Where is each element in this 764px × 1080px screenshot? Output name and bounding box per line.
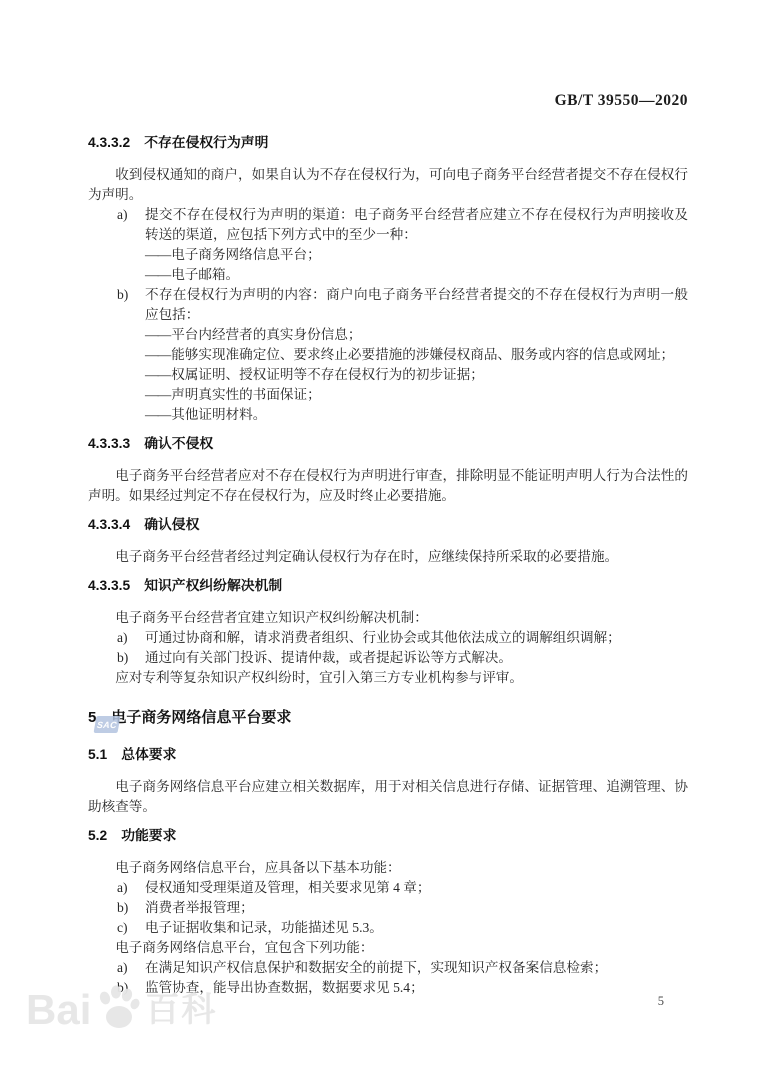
dash-item-text: 电子商务网络信息平台； xyxy=(171,247,321,262)
dash-item-text: 能够实现准确定位、要求终止必要措施的涉嫌侵权商品、服务或内容的信息或网址； xyxy=(171,347,674,362)
list-item: a)提交不存在侵权行为声明的渠道：电子商务平台经营者应建立不存在侵权行为声明接收… xyxy=(88,205,688,245)
page-header: GB/T 39550—2020 xyxy=(88,92,688,110)
dash-item-text: 声明真实性的书面保证； xyxy=(171,387,321,402)
list-item-text: 侵权通知受理渠道及管理，相关要求见第 4 章； xyxy=(145,880,430,895)
section-title: 知识产权纠纷解决机制 xyxy=(144,578,282,593)
list-item-text: 在满足知识产权信息保护和数据安全的前提下，实现知识产权备案信息检索； xyxy=(145,960,607,975)
list-item: c)电子证据收集和记录，功能描述见 5.3。 xyxy=(88,918,688,938)
sac-watermark-label: SAC xyxy=(97,720,118,730)
list-item: b)通过向有关部门投诉、提请仲裁，或者提起诉讼等方式解决。 xyxy=(88,648,688,668)
section-heading: 4.3.3.4确认侵权 xyxy=(88,517,688,533)
list-item-label: b) xyxy=(117,648,128,668)
dash-item-text: 电子邮箱。 xyxy=(171,267,239,282)
list-item-label: a) xyxy=(117,628,128,648)
baidu-logo-text: Bai xyxy=(26,982,91,1038)
section-number: 4.3.3.2 xyxy=(88,135,130,150)
section-number: 4.3.3.3 xyxy=(88,436,130,451)
paragraph: 电子商务平台经营者经过判定确认侵权行为存在时，应继续保持所采取的必要措施。 xyxy=(88,547,688,567)
dash-mark: —— xyxy=(145,327,170,342)
dash-item-text: 权属证明、授权证明等不存在侵权行为的初步证据； xyxy=(171,367,484,382)
list-item: b)消费者举报管理； xyxy=(88,898,688,918)
section-title: 总体要求 xyxy=(121,747,176,762)
paragraph: 电子商务平台经营者应对不存在侵权行为声明进行审查，排除明显不能证明声明人行为合法… xyxy=(88,466,688,506)
list-item-label: a) xyxy=(117,958,128,978)
section-heading: 5.1总体要求 xyxy=(88,747,688,763)
list-item-text: 通过向有关部门投诉、提请仲裁，或者提起诉讼等方式解决。 xyxy=(145,650,512,665)
dash-mark: —— xyxy=(145,407,170,422)
dash-item: ——能够实现准确定位、要求终止必要措施的涉嫌侵权商品、服务或内容的信息或网址； xyxy=(88,345,688,365)
list-item-text: 消费者举报管理； xyxy=(145,900,254,915)
section-number: 5.2 xyxy=(88,828,107,843)
section-title: 功能要求 xyxy=(121,828,176,843)
list-item-label: b) xyxy=(117,898,128,918)
section-heading: 4.3.3.5知识产权纠纷解决机制 xyxy=(88,578,688,594)
section-title: 不存在侵权行为声明 xyxy=(144,135,268,150)
section-heading: 4.3.3.3确认不侵权 xyxy=(88,436,688,452)
section-title: 确认不侵权 xyxy=(144,436,213,451)
dash-mark: —— xyxy=(145,387,170,402)
dash-mark: —— xyxy=(145,367,170,382)
list-item-text: 可通过协商和解，请求消费者组织、行业协会或其他依法成立的调解组织调解； xyxy=(145,630,621,645)
dash-item: ——平台内经营者的真实身份信息； xyxy=(88,325,688,345)
list-item-label: a) xyxy=(117,878,128,898)
list-item-label: a) xyxy=(117,205,128,225)
page-number: 5 xyxy=(658,994,664,1008)
baidu-paw-icon xyxy=(94,984,142,1037)
dash-item-text: 平台内经营者的真实身份信息； xyxy=(171,327,361,342)
sac-watermark: SAC xyxy=(94,716,121,733)
section-number: 5.1 xyxy=(88,747,107,762)
document-page: GB/T 39550—2020 4.3.3.2不存在侵权行为声明收到侵权通知的商… xyxy=(0,0,764,1080)
dash-item: ——声明真实性的书面保证； xyxy=(88,385,688,405)
list-item: a)在满足知识产权信息保护和数据安全的前提下，实现知识产权备案信息检索； xyxy=(88,958,688,978)
dash-item: ——电子邮箱。 xyxy=(88,265,688,285)
dash-item: ——电子商务网络信息平台； xyxy=(88,245,688,265)
list-item-text: 不存在侵权行为声明的内容：商户向电子商务平台经营者提交的不存在侵权行为声明一般应… xyxy=(145,287,688,322)
section-title: 电子商务网络信息平台要求 xyxy=(111,709,291,726)
dash-mark: —— xyxy=(145,347,170,362)
dash-item: ——权属证明、授权证明等不存在侵权行为的初步证据； xyxy=(88,365,688,385)
dash-mark: —— xyxy=(145,267,170,282)
list-item-text: 提交不存在侵权行为声明的渠道：电子商务平台经营者应建立不存在侵权行为声明接收及转… xyxy=(145,207,688,242)
dash-item-text: 其他证明材料。 xyxy=(171,407,266,422)
section-title: 确认侵权 xyxy=(144,517,199,532)
list-item: a)侵权通知受理渠道及管理，相关要求见第 4 章； xyxy=(88,878,688,898)
chapter-heading: 5电子商务网络信息平台要求 xyxy=(88,709,688,727)
list-item: a)可通过协商和解，请求消费者组织、行业协会或其他依法成立的调解组织调解； xyxy=(88,628,688,648)
list-item: b)不存在侵权行为声明的内容：商户向电子商务平台经营者提交的不存在侵权行为声明一… xyxy=(88,285,688,325)
paragraph: 应对专利等复杂知识产权纠纷时，宜引入第三方专业机构参与评审。 xyxy=(88,668,688,688)
paragraph: 电子商务网络信息平台，应具备以下基本功能： xyxy=(88,858,688,878)
section-number: 4.3.3.4 xyxy=(88,517,130,532)
paragraph: 收到侵权通知的商户，如果自认为不存在侵权行为，可向电子商务平台经营者提交不存在侵… xyxy=(88,165,688,205)
section-number: 4.3.3.5 xyxy=(88,578,130,593)
list-item-label: c) xyxy=(117,918,128,938)
dash-mark: —— xyxy=(145,247,170,262)
dash-item: ——其他证明材料。 xyxy=(88,405,688,425)
document-body: 4.3.3.2不存在侵权行为声明收到侵权通知的商户，如果自认为不存在侵权行为，可… xyxy=(88,135,688,998)
list-item-text: 电子证据收集和记录，功能描述见 5.3。 xyxy=(145,920,383,935)
paragraph: 电子商务网络信息平台应建立相关数据库，用于对相关信息进行存储、证据管理、追溯管理… xyxy=(88,777,688,817)
list-item-label: b) xyxy=(117,285,128,305)
baike-watermark-text: 百科 xyxy=(145,982,217,1038)
paragraph: 电子商务网络信息平台，宜包含下列功能： xyxy=(88,938,688,958)
section-heading: 5.2功能要求 xyxy=(88,828,688,844)
paragraph: 电子商务平台经营者宜建立知识产权纠纷解决机制： xyxy=(88,608,688,628)
baidu-baike-watermark: Bai 百科 xyxy=(26,982,217,1038)
section-heading: 4.3.3.2不存在侵权行为声明 xyxy=(88,135,688,151)
standard-code: GB/T 39550—2020 xyxy=(555,92,688,109)
